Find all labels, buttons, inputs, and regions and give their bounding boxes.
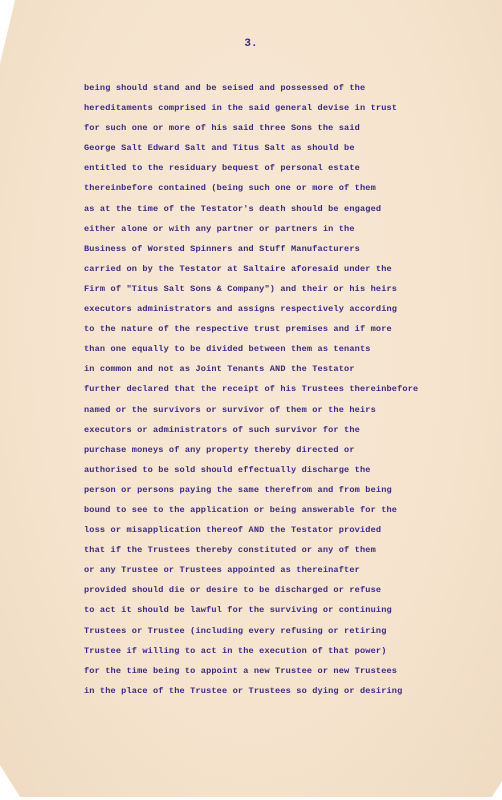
text-line: Firm of "Titus Salt Sons & Company") and… (84, 279, 484, 299)
text-line: executors administrators and assigns res… (84, 299, 484, 319)
text-line: executors or administrators of such surv… (84, 420, 484, 440)
text-line: Business of Worsted Spinners and Stuff M… (84, 239, 484, 259)
text-line: provided should die or desire to be disc… (84, 580, 484, 600)
text-line: further declared that the receipt of his… (84, 379, 484, 399)
text-line: for such one or more of his said three S… (84, 118, 484, 138)
text-line: for the time being to appoint a new Trus… (84, 661, 484, 681)
text-line: either alone or with any partner or part… (84, 219, 484, 239)
text-line: being should stand and be seised and pos… (84, 78, 484, 98)
text-line: in common and not as Joint Tenants AND t… (84, 359, 484, 379)
paper-page: 3. being should stand and be seised and … (0, 0, 502, 797)
text-line: to act it should be lawful for the survi… (84, 600, 484, 620)
text-line: authorised to be sold should effectually… (84, 460, 484, 480)
text-line: named or the survivors or survivor of th… (84, 400, 484, 420)
text-line: purchase moneys of any property thereby … (84, 440, 484, 460)
text-line: loss or misapplication thereof AND the T… (84, 520, 484, 540)
text-line: or any Trustee or Trustees appointed as … (84, 560, 484, 580)
text-line: in the place of the Trustee or Trustees … (84, 681, 484, 701)
typewritten-body: being should stand and be seised and pos… (84, 78, 484, 701)
text-line: that if the Trustees thereby constituted… (84, 540, 484, 560)
text-line: bound to see to the application or being… (84, 500, 484, 520)
text-line: than one equally to be divided between t… (84, 339, 484, 359)
page-number: 3. (0, 38, 502, 50)
text-line: person or persons paying the same theref… (84, 480, 484, 500)
text-line: entitled to the residuary bequest of per… (84, 158, 484, 178)
text-line: as at the time of the Testator's death s… (84, 199, 484, 219)
text-line: Trustee if willing to act in the executi… (84, 641, 484, 661)
text-line: thereinbefore contained (being such one … (84, 178, 484, 198)
text-line: hereditaments comprised in the said gene… (84, 98, 484, 118)
text-line: Trustees or Trustee (including every ref… (84, 621, 484, 641)
text-line: to the nature of the respective trust pr… (84, 319, 484, 339)
text-line: carried on by the Testator at Saltaire a… (84, 259, 484, 279)
text-line: George Salt Edward Salt and Titus Salt a… (84, 138, 484, 158)
